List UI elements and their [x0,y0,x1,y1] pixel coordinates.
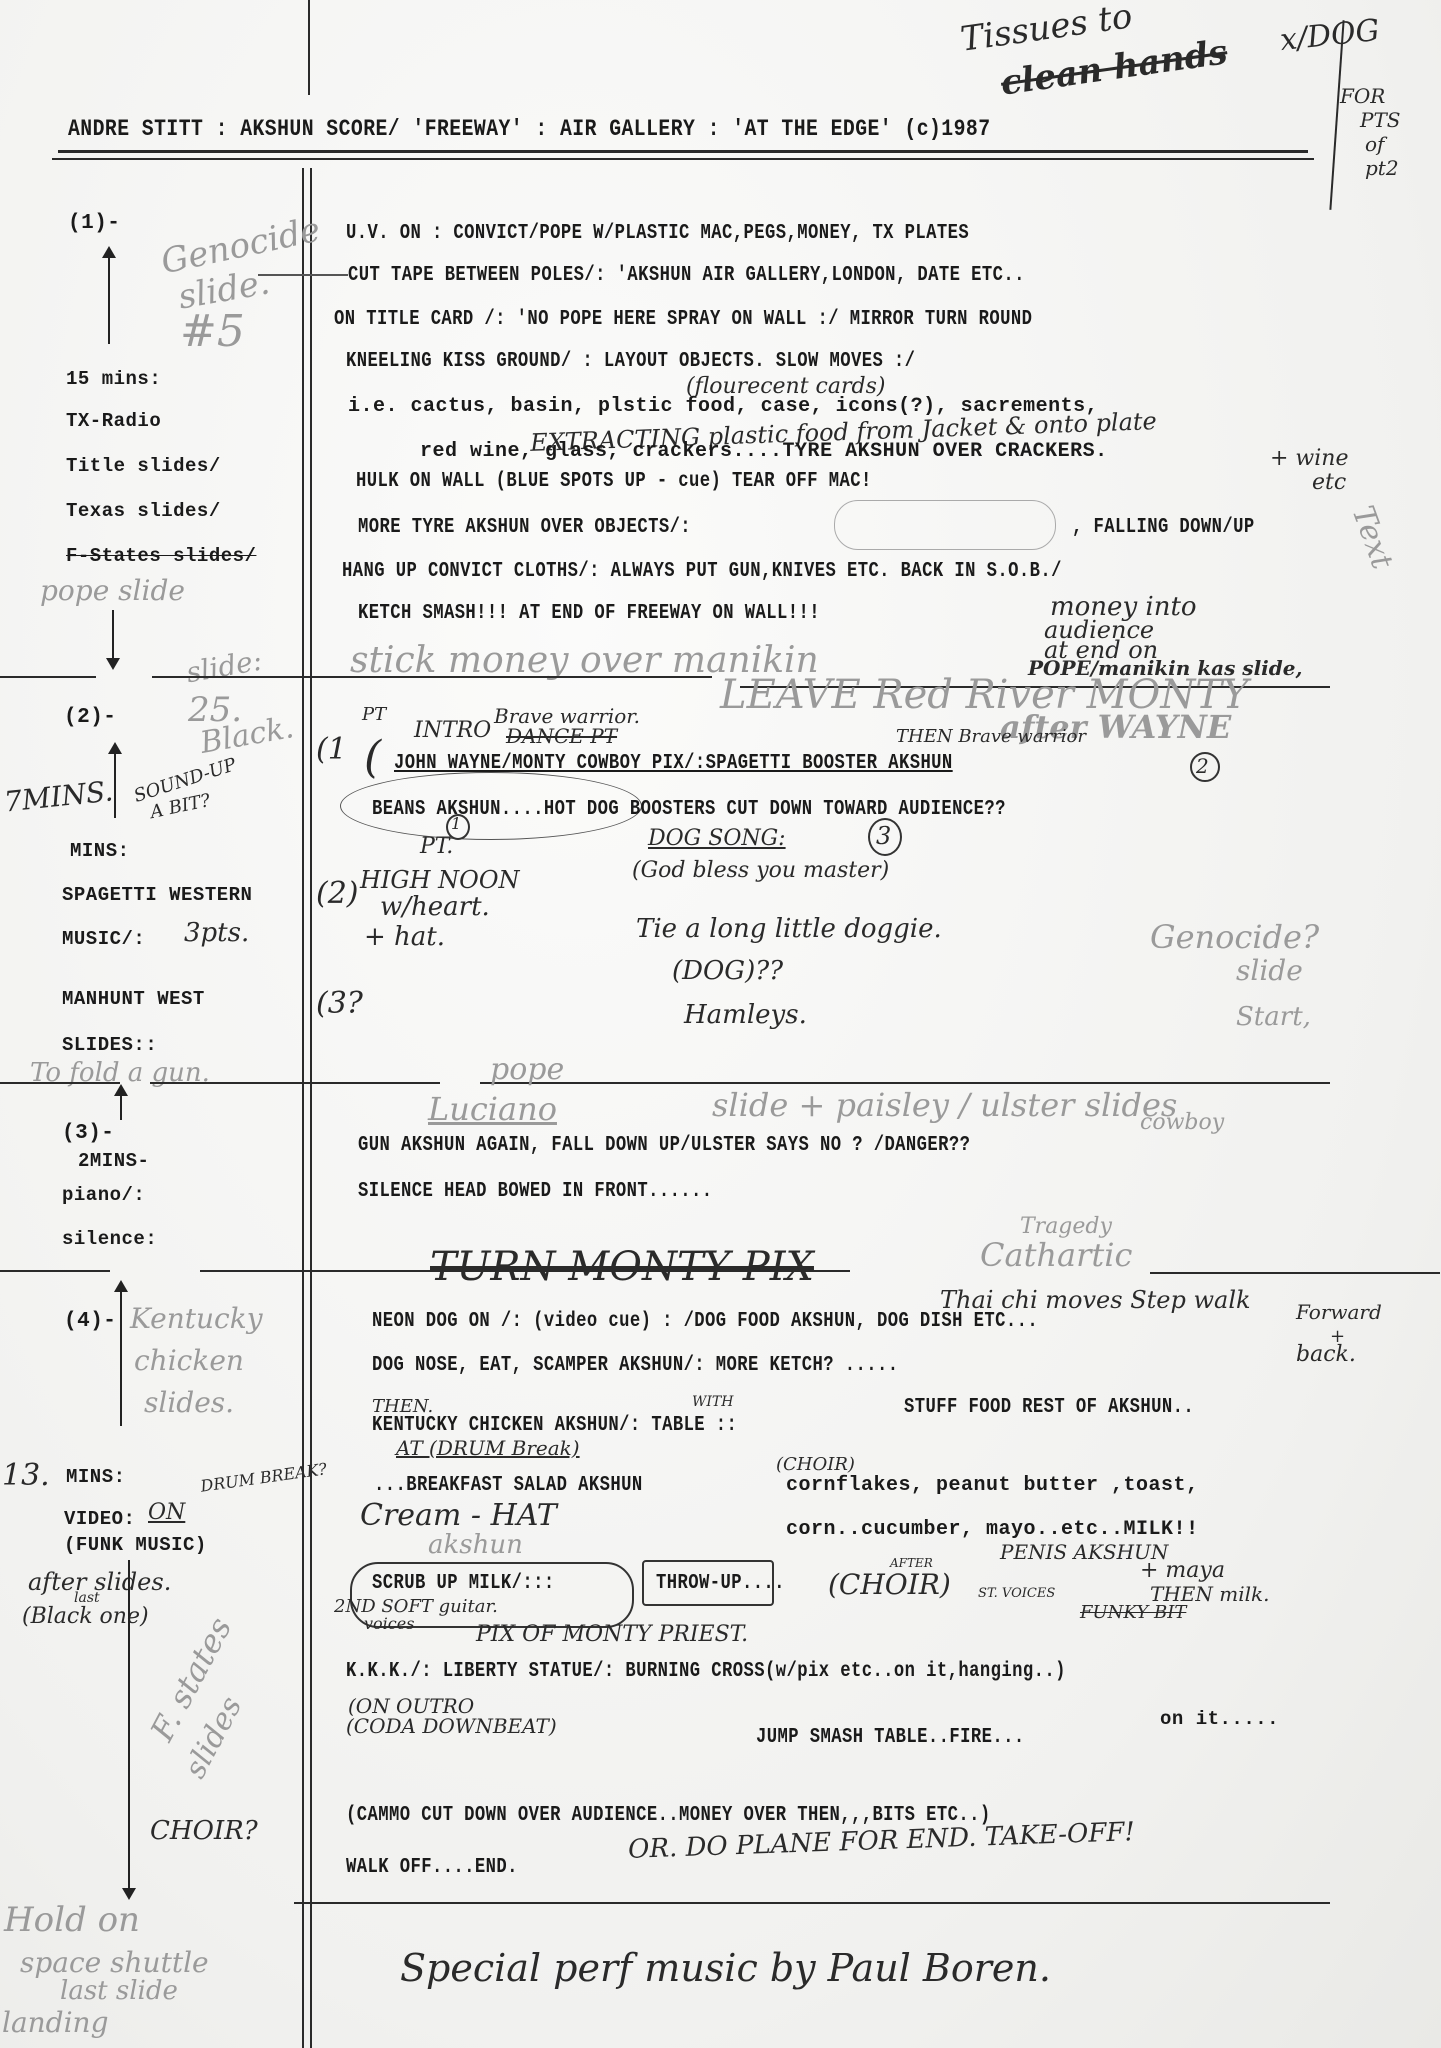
section-2-slides: SLIDES:: [62,1034,157,1056]
section-3-arrow-up [120,1094,122,1120]
section-2-manhunt: MANHUNT WEST [62,988,205,1010]
note-back: back. [1296,1342,1356,1367]
section-divider-2c [480,1082,1330,1084]
s4-line-7: corn..cucumber, mayo..etc..MILK!! [786,1518,1199,1541]
section-2-music-2: MUSIC/: [62,928,145,950]
s3-line-1: GUN AKSHUN AGAIN, FALL DOWN UP/ULSTER SA… [358,1134,970,1157]
note-choir-q: CHOIR? [150,1816,258,1846]
s1-line-6: red wine, glass, crackers....TYRE AKSHUN… [420,440,1108,463]
s4-line-2: DOG NOSE, EAT, SCAMPER AKSHUN/: MORE KET… [372,1354,898,1377]
title-rule-1 [58,150,1308,153]
section-1-label: (1)- [68,212,120,235]
note-turn-monty-pix: TURN MONTY PIX [430,1244,814,1290]
section-1-note-title-slides: Title slides/ [66,455,221,477]
note-pix-monty-priest: PIX OF MONTY PRIEST. [476,1622,748,1647]
note-then-brave-warrior: THEN Brave warrior [896,726,1086,747]
note-of: of [1365,132,1384,156]
document-title: ANDRE STITT : AKSHUN SCORE/ 'FREEWAY' : … [68,116,990,142]
note-akshun: akshun [428,1530,523,1560]
note-hold-on: Hold on [4,1900,140,1940]
note-god-bless: (God bless you master) [632,858,889,883]
note-pt: PT [362,704,386,725]
note-pope-slide: pope slide [40,574,185,607]
note-choir-1: (CHOIR) [776,1454,855,1475]
section-4-label: (4)- [64,1310,116,1333]
section-4-funk: (FUNK MUSIC) [64,1534,207,1556]
title-rule-2 [52,158,1314,160]
note-dog-q: (DOG)?? [672,956,783,986]
circled-3-number: 3 [876,822,891,850]
s4-line-1: NEON DOG ON /: (video cue) : /DOG FOOD A… [372,1310,1038,1333]
note-dog: x/DOG [1278,13,1381,58]
section-divider-2b [150,1082,440,1084]
note-dog-song: DOG SONG: [648,826,786,851]
note-slide-2: slide [1236,954,1303,987]
note-2nd-soft-guitar: 2ND SOFT guitar. [334,1596,498,1617]
footer-credit: Special perf music by Paul Boren. [400,1946,1051,1990]
s4-line-3: KENTUCKY CHICKEN AKSHUN/: TABLE :: [372,1414,737,1437]
note-funky-bit: FUNKY BIT [1080,1602,1186,1623]
section-2-label: (2)- [64,706,116,729]
note-at-drum-break: AT (DRUM Break) [396,1436,580,1460]
circled-2-number: 2 [1196,754,1209,778]
s1-line-9: HANG UP CONVICT CLOTHS/: ALWAYS PUT GUN,… [342,560,1062,583]
note-last-slide: last slide [60,1976,178,2006]
section-divider-1a [0,676,96,678]
note-pt2: pt2 [1365,156,1399,180]
s4-line-4: STUFF FOOD REST OF AKSHUN.. [904,1396,1194,1419]
note-with: WITH [692,1394,733,1410]
note-after: AFTER [890,1556,933,1570]
s4-line-8: SCRUB UP MILK/::: [372,1572,555,1595]
section-1-arrow-down [112,610,114,660]
note-w-heart: w/heart. [380,892,490,922]
note-coda-downbeat: (CODA DOWNBEAT) [346,1714,557,1738]
s4-line-5: ...BREAKFAST SALAD AKSHUN [374,1474,643,1497]
s1-line-4: KNEELING KISS GROUND/ : LAYOUT OBJECTS. … [346,350,915,373]
note-wine: + wine [1270,446,1348,471]
section-4-video: VIDEO: [64,1508,135,1530]
note-genocide-slide: Genocide? [1150,918,1319,956]
s1-line-1: U.V. ON : CONVICT/POPE W/PLASTIC MAC,PEG… [346,222,969,245]
note-text: Text [1345,501,1400,574]
note-pts: PTS [1360,108,1401,132]
note-voices: voices [364,1614,414,1633]
section-1-note-fstates-slides: F-States slides/ [66,545,256,567]
section-divider-1b [152,676,712,678]
note-slide-colon: slide: [184,644,265,690]
note-dance-pt: DANCE PT [506,724,617,748]
section-3-silence: silence: [62,1228,157,1250]
note-3pts: 3pts. [184,918,249,948]
s4-line-9: THROW-UP.... [656,1572,785,1595]
note-maya: + maya [1140,1558,1225,1583]
s4-line-6: cornflakes, peanut butter ,toast, [786,1474,1199,1497]
note-start: Start, [1236,1002,1311,1032]
section-divider-2a [0,1082,120,1084]
section-2-time: MINS: [70,840,130,862]
note-slides-k: slides. [144,1386,234,1419]
s4-line-11: JUMP SMASH TABLE..FIRE... [756,1726,1025,1749]
s1-line-7: HULK ON WALL (BLUE SPOTS UP - cue) TEAR … [356,470,872,493]
note-cathartic: Cathartic [980,1236,1132,1274]
marker-pt-2: (2) [316,876,359,911]
note-space-shuttle: space shuttle [20,1946,209,1979]
s1-line-2: CUT TAPE BETWEEN POLES/: 'AKSHUN AIR GAL… [348,264,1025,287]
note-pt-2: PT. [420,834,453,859]
note-forward: Forward [1296,1300,1382,1324]
s4-line-13: (CAMMO CUT DOWN OVER AUDIENCE..MONEY OVE… [346,1804,991,1827]
note-for: FOR [1340,84,1385,108]
section-divider-4 [294,1902,1330,1904]
section-1-time: 15 mins: [66,368,161,390]
section-3-piano: piano/: [62,1184,145,1206]
section-2-arrow-up [114,752,116,818]
note-drum-break: DRUM BREAK? [199,1459,328,1496]
s4-line-14: WALK OFF....END. [346,1856,518,1879]
note-paisley: slide + paisley / ulster slides [712,1086,1177,1124]
s3-line-2: SILENCE HEAD BOWED IN FRONT...... [358,1180,713,1203]
s4-line-10: K.K.K./: LIBERTY STATUE/: BURNING CROSS(… [346,1660,1066,1683]
s1-line-8b: , FALLING DOWN/UP [1072,516,1255,539]
section-2-music-1: SPAGETTI WESTERN [62,884,252,906]
section-divider-3c [1150,1272,1440,1274]
note-video-on: ON [148,1500,185,1525]
note-cowboy: cowboy [1140,1110,1224,1135]
section-3-time: 2MINS- [78,1150,149,1172]
s4-line-12: on it..... [1160,1708,1279,1730]
note-landing: landing [2,2006,109,2039]
note-choir-2: (CHOIR) [828,1568,951,1601]
note-slide-5: #5 [180,306,245,357]
section-4-arrow-up [120,1290,122,1426]
column-divider-1 [302,168,304,2048]
column-divider-2 [310,168,312,2048]
note-luciano: Luciano [428,1090,557,1128]
note-etc: etc [1312,470,1346,495]
section-4-time: MINS: [66,1466,126,1488]
note-chicken: chicken [134,1344,244,1377]
section-4-arrow-down [128,1560,130,1890]
erased-note-bracket [834,500,1056,550]
note-hamleys: Hamleys. [684,1000,807,1030]
note-high-noon: HIGH NOON [360,866,520,894]
note-cream-hat: Cream - HAT [360,1498,557,1533]
note-13: 13. [2,1458,50,1493]
note-pope-2: pope [490,1052,564,1087]
section-1-note-texas-slides: Texas slides/ [66,500,221,522]
section-divider-3a [0,1270,110,1272]
note-st-voices: ST. VOICES [978,1586,1055,1601]
note-intro: INTRO [414,718,491,743]
paren-bracket: ( [364,732,381,783]
note-7mins: 7MINS. [3,774,115,818]
section-1-note-radio: TX-Radio [66,410,161,432]
note-hat: + hat. [364,922,445,952]
s1-line-8: MORE TYRE AKSHUN OVER OBJECTS/: [358,516,691,539]
marker-pt-1: (1 [316,732,347,767]
note-kentucky: Kentucky [130,1302,263,1335]
top-divider [308,0,310,95]
note-tie-a-long: Tie a long little doggie. [636,914,942,944]
s1-line-10: KETCH SMASH!!! AT END OF FREEWAY ON WALL… [358,602,820,625]
pointer-line [258,274,348,276]
section-3-label: (3)- [62,1122,114,1145]
section-1-arrow-up [108,256,110,344]
s1-line-3: ON TITLE CARD /: 'NO POPE HERE SPRAY ON … [334,308,1032,331]
marker-pt-3: (3? [316,986,363,1021]
circled-1-number: 1 [451,814,461,833]
score-page: Tissues to clean hands x/DOG FOR PTS of … [0,0,1441,2048]
